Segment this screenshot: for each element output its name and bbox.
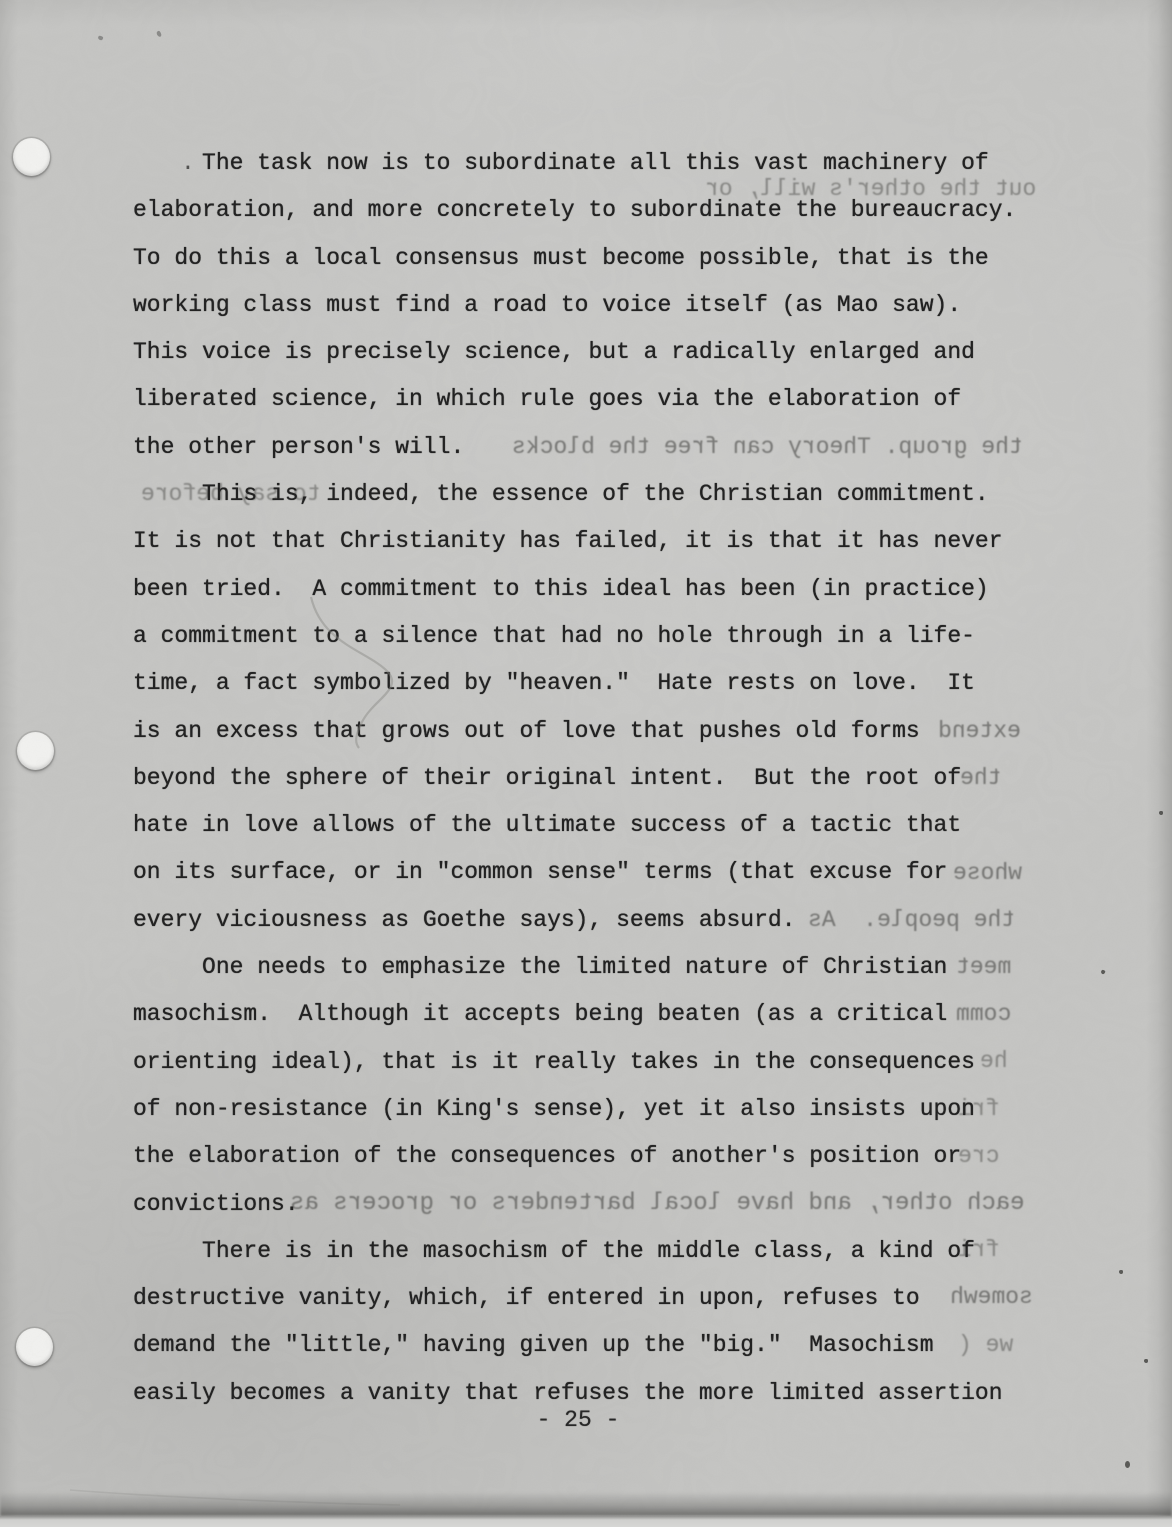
- typed-line: To do this a local consensus must become…: [133, 235, 1038, 282]
- typed-line: beyond the sphere of their original inte…: [133, 755, 1038, 802]
- typed-line: The task now is to subordinate all this …: [133, 140, 1038, 187]
- paper-speck: [1144, 1359, 1148, 1363]
- page-number: - 25 -: [133, 1397, 1023, 1444]
- paper-speck: [1125, 1461, 1130, 1468]
- typed-text-block: The task now is to subordinate all this …: [133, 140, 1038, 1417]
- paper-speck: [97, 35, 103, 40]
- page-bottom-shadow: [0, 1492, 1172, 1516]
- typed-line: the other person's will.: [133, 424, 1038, 471]
- surface-below-page: [0, 1516, 1172, 1527]
- typed-line: working class must find a road to voice …: [133, 282, 1038, 329]
- typed-line: There is in the masochism of the middle …: [133, 1228, 1038, 1275]
- typed-line: One needs to emphasize the limited natur…: [133, 944, 1038, 991]
- paper-speck: [156, 30, 162, 37]
- typed-line: hate in love allows of the ultimate succ…: [133, 802, 1038, 849]
- typed-line: demand the "little," having given up the…: [133, 1322, 1038, 1369]
- typed-line: It is not that Christianity has failed, …: [133, 518, 1038, 565]
- typed-line: of non-resistance (in King's sense), yet…: [133, 1086, 1038, 1133]
- punch-hole-middle: [17, 732, 54, 770]
- typed-line: every viciousness as Goethe says), seems…: [133, 897, 1038, 944]
- typed-line: time, a fact symbolized by "heaven." Hat…: [133, 660, 1038, 707]
- document-page: out the other's will, or the group. Theo…: [0, 0, 1172, 1527]
- punch-hole-bottom: [16, 1328, 53, 1366]
- punch-hole-top: [13, 138, 50, 176]
- paper-speck: [1159, 811, 1163, 815]
- typed-line: on its surface, or in "common sense" ter…: [133, 849, 1038, 896]
- typed-line: This voice is precisely science, but a r…: [133, 329, 1038, 376]
- typed-line: liberated science, in which rule goes vi…: [133, 376, 1038, 423]
- typed-line: a commitment to a silence that had no ho…: [133, 613, 1038, 660]
- typed-line: destructive vanity, which, if entered in…: [133, 1275, 1038, 1322]
- typed-line: This is, indeed, the essence of the Chri…: [133, 471, 1038, 518]
- typed-line: convictions.: [133, 1181, 1038, 1228]
- typed-line: orienting ideal), that is it really take…: [133, 1039, 1038, 1086]
- typed-line: the elaboration of the consequences of a…: [133, 1133, 1038, 1180]
- stray-dot-mark: .: [181, 140, 195, 187]
- typed-line: masochism. Although it accepts being bea…: [133, 991, 1038, 1038]
- paper-speck: [1100, 969, 1105, 974]
- typed-line: elaboration, and more concretely to subo…: [133, 187, 1038, 234]
- typed-line: is an excess that grows out of love that…: [133, 708, 1038, 755]
- paper-speck: [1119, 1270, 1123, 1274]
- typed-line: been tried. A commitment to this ideal h…: [133, 566, 1038, 613]
